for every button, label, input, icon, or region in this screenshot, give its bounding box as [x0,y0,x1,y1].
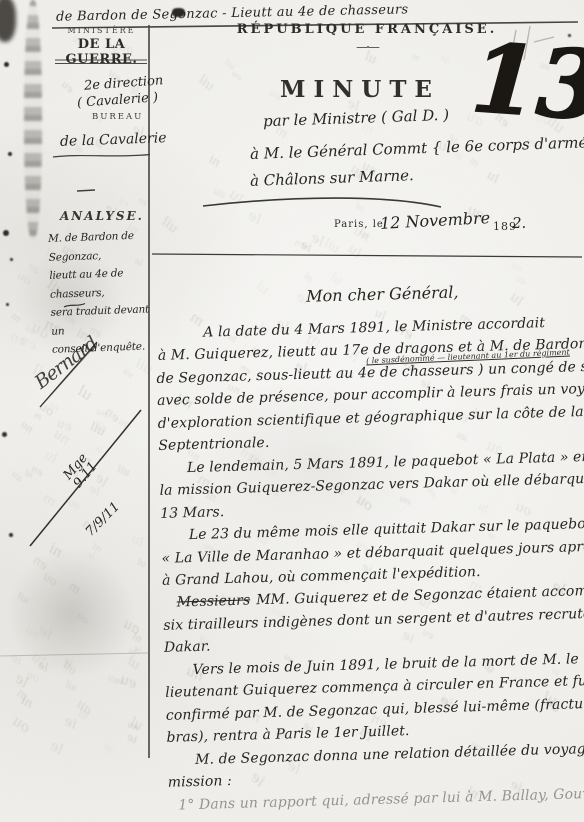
scan-grain [0,0,584,822]
scanned-document: auaunuuillemmleuilouleuilmeuleleulluleni… [0,0,584,822]
